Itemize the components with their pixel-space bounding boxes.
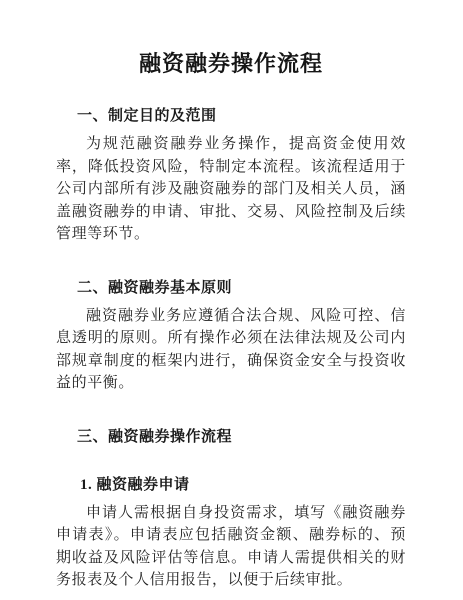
paragraph-basic-principles: 融资融券业务应遵循合法合规、风险可控、信息透明的原则。所有操作必须在法律法规及公… [56,305,406,395]
section-operation-process: 三、融资融券操作流程 1. 融资融券申请 申请人需根据自身投资需求，填写《融资融… [56,427,406,592]
subsection-application: 1. 融资融券申请 申请人需根据自身投资需求，填写《融资融券申请表》。申请表应包… [56,475,406,592]
section-heading-purpose-and-scope: 一、制定目的及范围 [56,106,406,126]
section-heading-operation-process: 三、融资融券操作流程 [56,427,406,447]
paragraph-application: 申请人需根据自身投资需求，填写《融资融券申请表》。申请表应包括融资金额、融券标的… [56,502,406,592]
document-page: 融资融券操作流程 一、制定目的及范围 为规范融资融券业务操作，提高资金使用效率，… [0,0,463,600]
subsection-heading-application: 1. 融资融券申请 [56,475,406,495]
section-purpose-and-scope: 一、制定目的及范围 为规范融资融券业务操作，提高资金使用效率，降低投资风险，特制… [56,106,406,246]
section-heading-basic-principles: 二、融资融券基本原则 [56,278,406,298]
section-basic-principles: 二、融资融券基本原则 融资融券业务应遵循合法合规、风险可控、信息透明的原则。所有… [56,278,406,395]
document-title: 融资融券操作流程 [56,52,406,78]
paragraph-purpose-and-scope: 为规范融资融券业务操作，提高资金使用效率，降低投资风险，特制定本流程。该流程适用… [56,133,406,246]
